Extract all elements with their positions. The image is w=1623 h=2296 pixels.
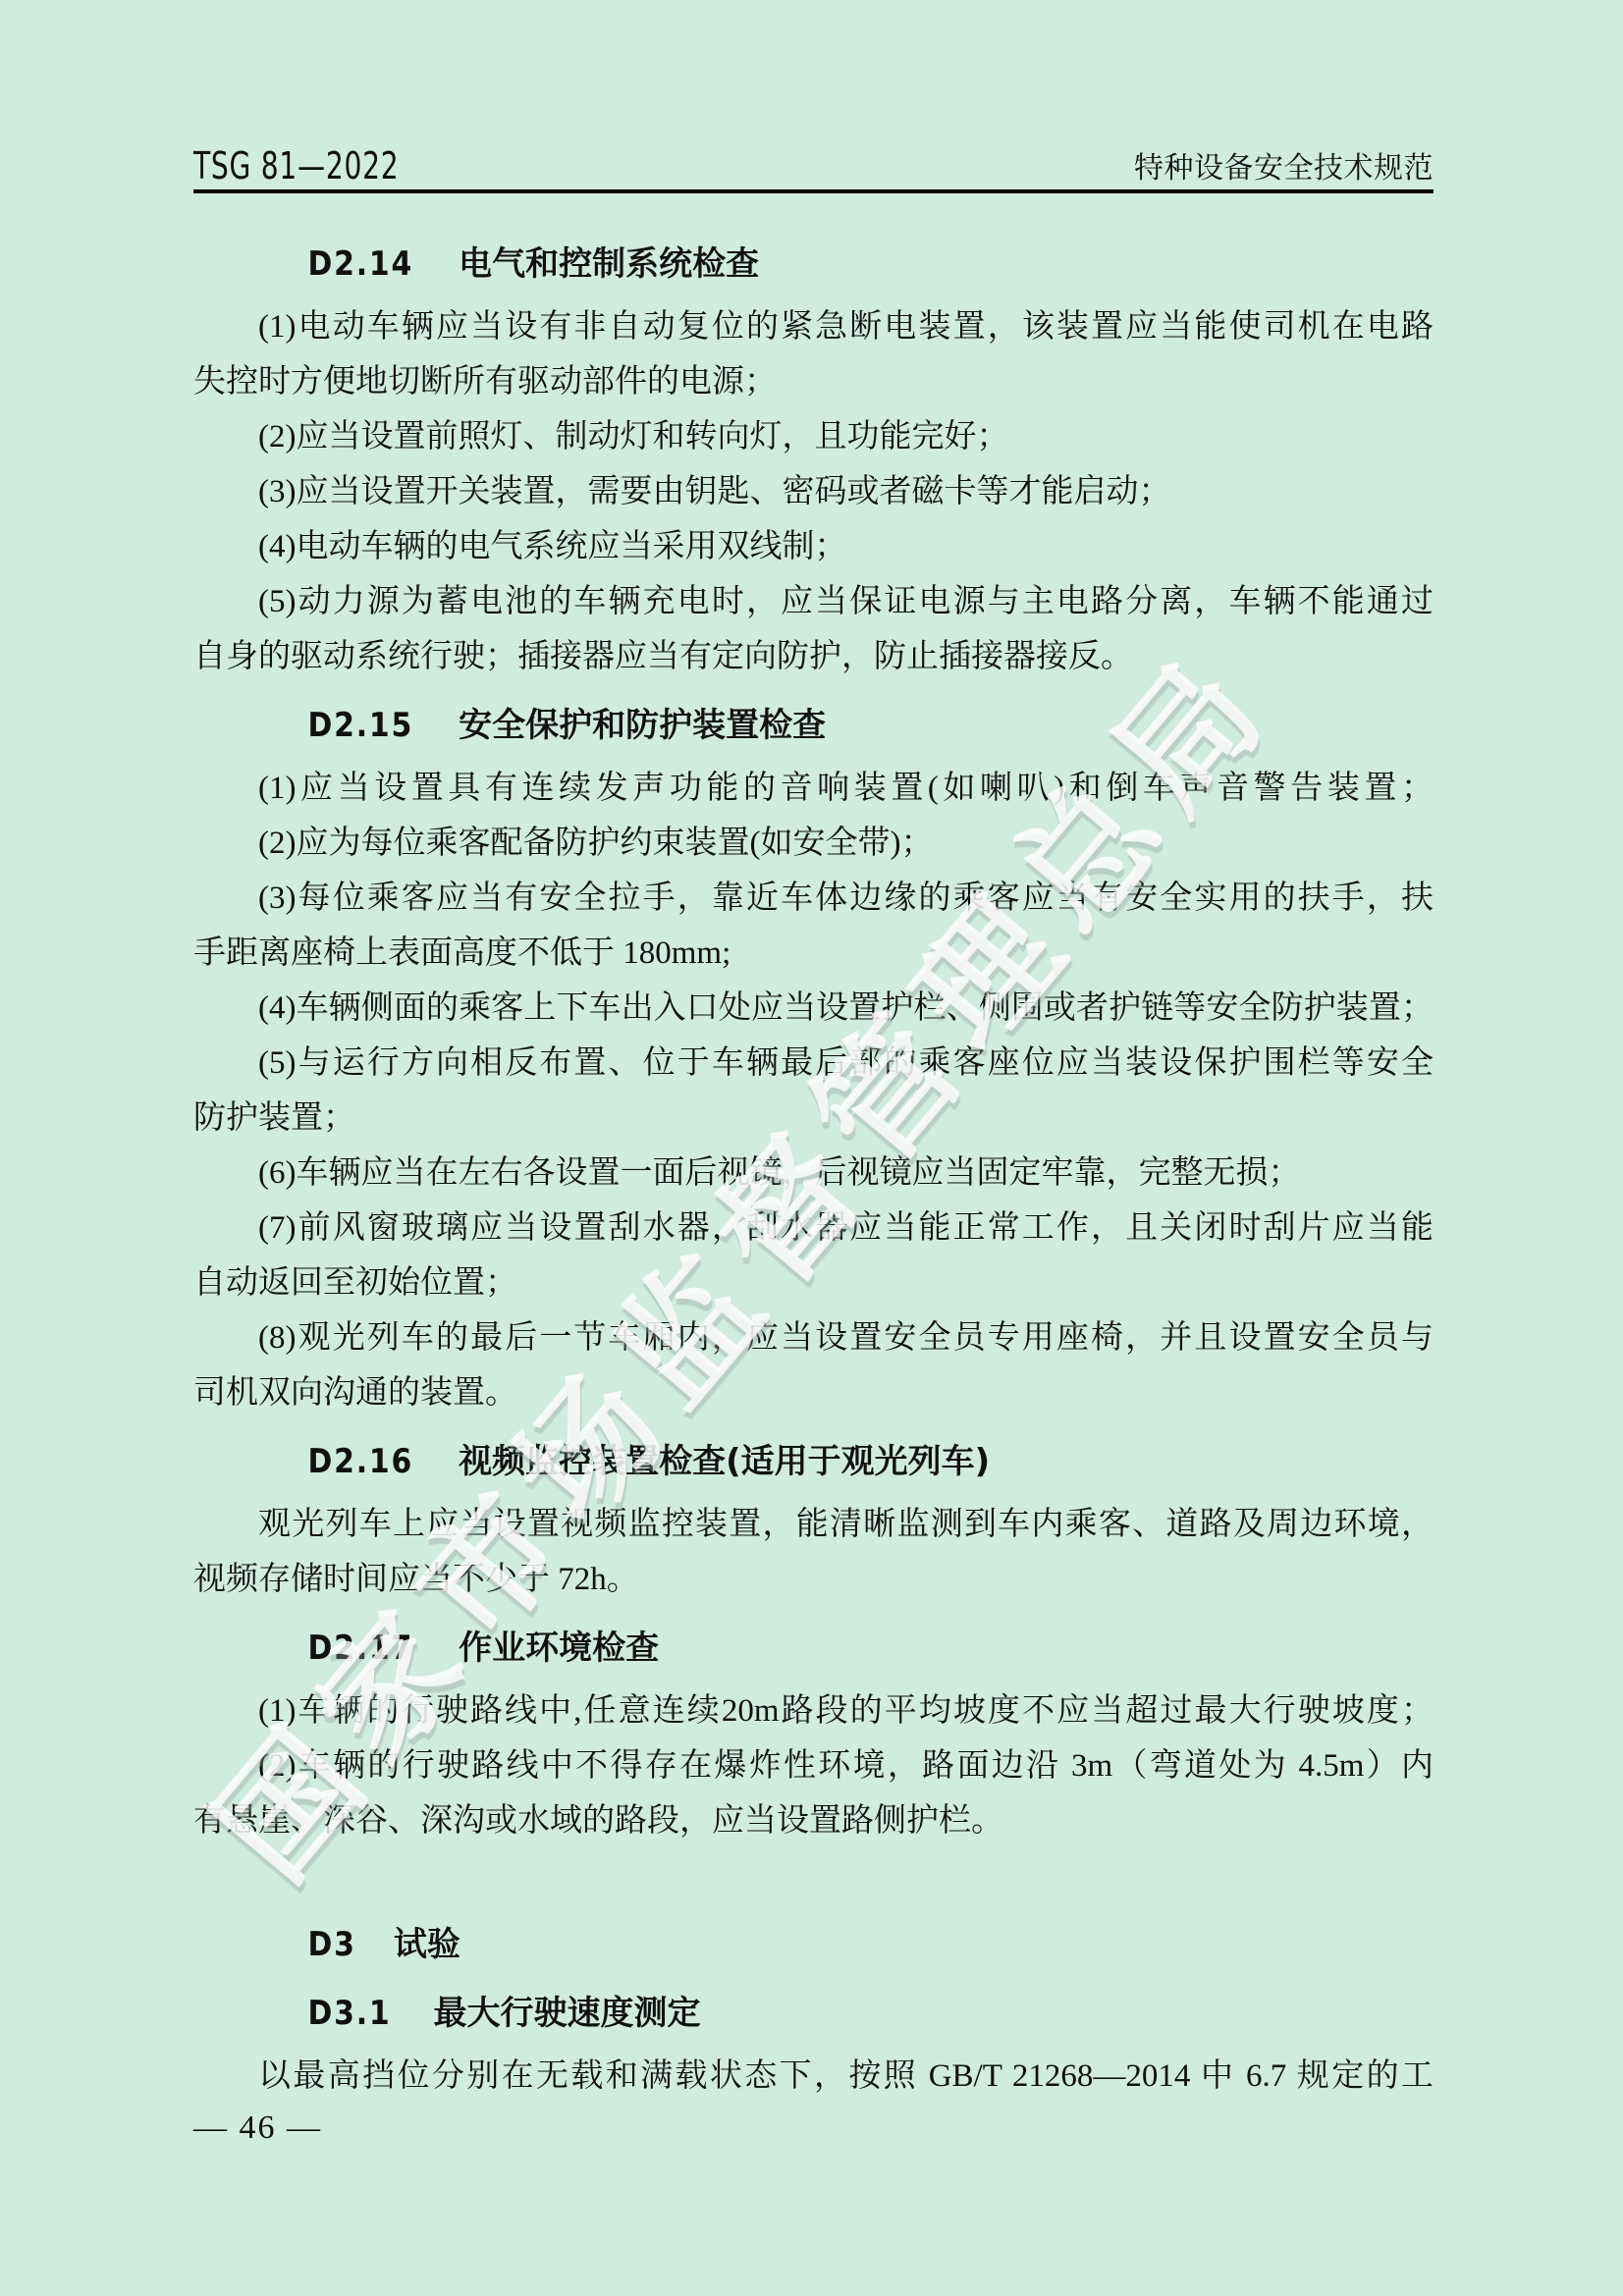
section-title: 最大行驶速度测定 [433, 1994, 700, 2033]
body-line: (4)电动车辆的电气系统应当采用双线制； [193, 519, 1434, 574]
section-heading: D2.16视频监控装置检查(适用于观光列车) [193, 1434, 1434, 1489]
body-line: (2)车辆的行驶路线中不得存在爆炸性环境，路面边沿 3m（弯道处为 4.5m）内 [193, 1738, 1434, 1793]
paragraph: 以最高挡位分别在无载和满载状态下，按照 GB/T 21268—2014 中 6.… [193, 2049, 1434, 2104]
body-line: (3)每位乘客应当有安全拉手，靠近车体边缘的乘客应当有安全实用的扶手，扶 [193, 871, 1434, 926]
body-line: 观光列车上应当设置视频监控装置，能清晰监测到车内乘客、道路及周边环境， [193, 1497, 1434, 1552]
section-heading: D3试验 [193, 1917, 1434, 1972]
body-line: 以最高挡位分别在无载和满载状态下，按照 GB/T 21268—2014 中 6.… [193, 2049, 1434, 2104]
body-line: 失控时方便地切断所有驱动部件的电源； [193, 354, 1434, 409]
page-number: — 46 — [193, 2109, 322, 2146]
paragraph: (5)动力源为蓄电池的车辆充电时，应当保证电源与主电路分离，车辆不能通过自身的驱… [193, 574, 1434, 684]
body-line: 自动返回至初始位置； [193, 1255, 1434, 1310]
body-line: (2)应为每位乘客配备防护约束装置(如安全带)； [193, 816, 1434, 871]
paragraph: (8)观光列车的最后一节车厢内，应当设置安全员专用座椅，并且设置安全员与司机双向… [193, 1310, 1434, 1420]
paragraph: (7)前风窗玻璃应当设置刮水器，刮水器应当能正常工作，且关闭时刮片应当能自动返回… [193, 1201, 1434, 1310]
section-title: 视频监控装置检查(适用于观光列车) [459, 1442, 990, 1481]
doc-number: TSG 81—2022 [193, 147, 399, 185]
body-line: (1)车辆的行驶路线中,任意连续20m路段的平均坡度不应当超过最大行驶坡度； [193, 1683, 1434, 1738]
body-line: (5)动力源为蓄电池的车辆充电时，应当保证电源与主电路分离，车辆不能通过 [193, 574, 1434, 629]
section-number: D2.17 [254, 1621, 413, 1676]
body-line: (1)电动车辆应当设有非自动复位的紧急断电装置，该装置应当能使司机在电路 [193, 299, 1434, 354]
paragraph: (1)电动车辆应当设有非自动复位的紧急断电装置，该装置应当能使司机在电路失控时方… [193, 299, 1434, 409]
body-line: (8)观光列车的最后一节车厢内，应当设置安全员专用座椅，并且设置安全员与 [193, 1310, 1434, 1365]
body-line: (7)前风窗玻璃应当设置刮水器，刮水器应当能正常工作，且关闭时刮片应当能 [193, 1201, 1434, 1255]
body-line: (6)车辆应当在左右各设置一面后视镜，后视镜应当固定牢靠，完整无损； [193, 1146, 1434, 1201]
paragraph: (3)每位乘客应当有安全拉手，靠近车体边缘的乘客应当有安全实用的扶手，扶手距离座… [193, 871, 1434, 981]
body-line: 手距离座椅上表面高度不低于 180mm; [193, 926, 1434, 981]
paragraph: (3)应当设置开关装置，需要由钥匙、密码或者磁卡等才能启动； [193, 464, 1434, 519]
document-page: 国家市场监督管理总局 TSG 81—2022 特种设备安全技术规范 D2.14电… [0, 0, 1623, 2296]
section-number: D2.16 [254, 1434, 413, 1489]
section-number: D2.14 [254, 237, 413, 292]
paragraph: (5)与运行方向相反布置、位于车辆最后部的乘客座位应当装设保护围栏等安全防护装置… [193, 1036, 1434, 1146]
doc-title: 特种设备安全技术规范 [1134, 152, 1434, 185]
section-title: 试验 [394, 1925, 460, 1964]
section-number: D3 [254, 1917, 356, 1972]
body-line: (3)应当设置开关装置，需要由钥匙、密码或者磁卡等才能启动； [193, 464, 1434, 519]
body-line: 防护装置； [193, 1091, 1434, 1146]
body-line: 有悬崖、深谷、深沟或水域的路段，应当设置路侧护栏。 [193, 1793, 1434, 1848]
paragraph: (2)应当设置前照灯、制动灯和转向灯，且功能完好； [193, 409, 1434, 464]
paragraph: (2)车辆的行驶路线中不得存在爆炸性环境，路面边沿 3m（弯道处为 4.5m）内… [193, 1738, 1434, 1848]
paragraph: (2)应为每位乘客配备防护约束装置(如安全带)； [193, 816, 1434, 871]
paragraph: (4)电动车辆的电气系统应当采用双线制； [193, 519, 1434, 574]
paragraph: (6)车辆应当在左右各设置一面后视镜，后视镜应当固定牢靠，完整无损； [193, 1146, 1434, 1201]
page-content: D2.14电气和控制系统检查(1)电动车辆应当设有非自动复位的紧急断电装置，该装… [193, 223, 1434, 2104]
paragraph: (1)车辆的行驶路线中,任意连续20m路段的平均坡度不应当超过最大行驶坡度； [193, 1683, 1434, 1738]
paragraph: 观光列车上应当设置视频监控装置，能清晰监测到车内乘客、道路及周边环境，视频存储时… [193, 1497, 1434, 1607]
page-header: TSG 81—2022 特种设备安全技术规范 [193, 147, 1434, 193]
page-footer: — 46 — [193, 2101, 322, 2156]
section-number: D2.15 [254, 698, 413, 753]
section-heading: D2.14电气和控制系统检查 [193, 237, 1434, 292]
section-heading: D2.15安全保护和防护装置检查 [193, 698, 1434, 753]
body-line: (5)与运行方向相反布置、位于车辆最后部的乘客座位应当装设保护围栏等安全 [193, 1036, 1434, 1091]
body-line: 自身的驱动系统行驶；插接器应当有定向防护，防止插接器接反。 [193, 629, 1434, 684]
section-heading: D3.1最大行驶速度测定 [193, 1986, 1434, 2041]
body-line: (4)车辆侧面的乘客上下车出入口处应当设置护栏、侧围或者护链等安全防护装置； [193, 981, 1434, 1036]
section-number: D3.1 [254, 1986, 391, 2041]
paragraph: (1)应当设置具有连续发声功能的音响装置(如喇叭)和倒车声音警告装置； [193, 761, 1434, 816]
body-line: 司机双向沟通的装置。 [193, 1365, 1434, 1420]
section-title: 作业环境检查 [459, 1629, 659, 1668]
section-title: 安全保护和防护装置检查 [459, 706, 826, 745]
body-line: (1)应当设置具有连续发声功能的音响装置(如喇叭)和倒车声音警告装置； [193, 761, 1434, 816]
paragraph: (4)车辆侧面的乘客上下车出入口处应当设置护栏、侧围或者护链等安全防护装置； [193, 981, 1434, 1036]
section-title: 电气和控制系统检查 [459, 244, 759, 284]
section-heading: D2.17作业环境检查 [193, 1621, 1434, 1676]
body-line: 视频存储时间应当不少于 72h。 [193, 1552, 1434, 1607]
body-line: (2)应当设置前照灯、制动灯和转向灯，且功能完好； [193, 409, 1434, 464]
